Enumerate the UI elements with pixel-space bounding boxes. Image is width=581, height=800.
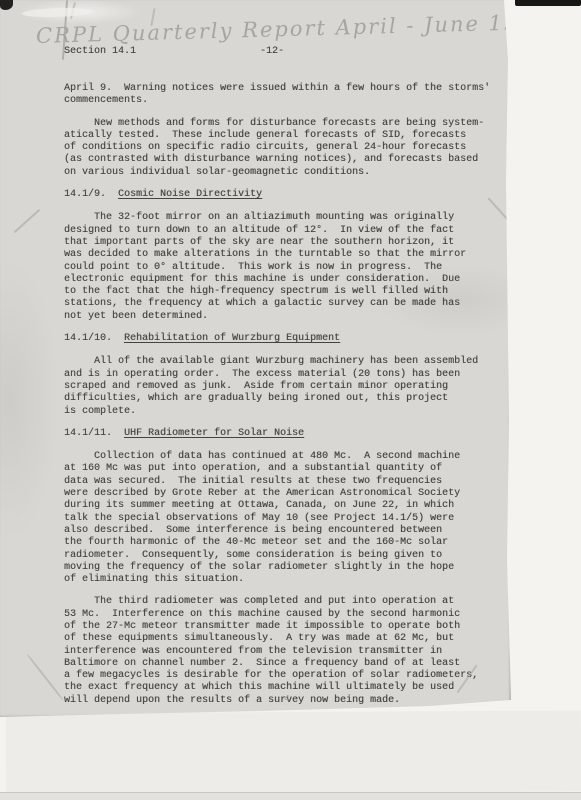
section-number: 14.1/9. <box>64 189 106 200</box>
text-line: atically tested. These include general f… <box>64 130 510 142</box>
text-line: designed to turn down to an altitude of … <box>64 225 510 237</box>
pencil-mark-bottom-left <box>26 654 63 701</box>
section-heading: 14.1/9.Cosmic Noise Directivity <box>64 189 510 201</box>
text-line: data was secured. The initial results at… <box>64 476 510 488</box>
text-line: Collection of data has continued at 480 … <box>64 451 510 463</box>
text-line: on various individual solar-geomagnetic … <box>64 167 510 179</box>
text-line: 53 Mc. Interference on this machine caus… <box>64 609 510 621</box>
text-line: that important parts of the sky are near… <box>64 237 510 249</box>
scanned-page: CRPL Quarterly Report April - June 1949 … <box>0 0 512 718</box>
text-line: Baltimore on channel number 2. Since a f… <box>64 658 510 670</box>
text-line: electronic equipment for this machine is… <box>64 274 510 286</box>
page-number: -12- <box>260 46 284 58</box>
backing-sheet-bottom <box>6 710 581 794</box>
text-line: the exact frequency at which this machin… <box>64 682 510 694</box>
pencil-mark-left-margin <box>14 209 41 233</box>
section-number: 14.1/10. <box>64 333 112 344</box>
text-line: at 160 Mc was put into operation, and a … <box>64 463 510 475</box>
section-title: UHF Radiometer for Solar Noise <box>124 428 304 439</box>
text-line: not yet been determined. <box>64 311 510 323</box>
scan-artifact-smudge <box>22 7 92 18</box>
text-line: (as contrasted with disturbance warning … <box>64 154 510 166</box>
paragraph: Collection of data has continued at 480 … <box>64 451 510 586</box>
backing-sheet-edge <box>0 792 581 800</box>
section-label: Section 14.1 <box>64 46 136 57</box>
text-line: could point to 0° altitude. This work is… <box>64 262 510 274</box>
text-line: of these equipments simultaneously. A tr… <box>64 633 510 645</box>
paragraph: New methods and forms for disturbance fo… <box>64 118 510 179</box>
text-line: a few megacycles is desirable for the op… <box>64 670 510 682</box>
page-header: Section 14.1 -12- <box>64 46 510 58</box>
paragraph: April 9. Warning notices were issued wit… <box>64 83 510 108</box>
text-line: were described by Grote Reber at the Ame… <box>64 488 510 500</box>
text-line: April 9. Warning notices were issued wit… <box>64 83 510 95</box>
paragraph: All of the available giant Wurzburg mach… <box>64 356 510 417</box>
text-line: is complete. <box>64 406 510 418</box>
text-line: during its summer meeting at Ottawa, Can… <box>64 500 510 512</box>
text-line: stations, the frequency at which a galac… <box>64 298 510 310</box>
text-line: the fourth harmonic of the 40-Mc meteor … <box>64 537 510 549</box>
paragraph: The third radiometer was completed and p… <box>64 596 510 707</box>
text-line: The 32-foot mirror on an altiazimuth mou… <box>64 212 510 224</box>
document-body: Section 14.1 -12- April 9. Warning notic… <box>64 46 510 717</box>
paragraph: The 32-foot mirror on an altiazimuth mou… <box>64 212 510 323</box>
section-title: Cosmic Noise Directivity <box>118 189 262 200</box>
text-line: also described. Some interference is bei… <box>64 525 510 537</box>
text-line: of eliminating this situation. <box>64 574 510 586</box>
footer-page-mark: 4 <box>64 694 510 704</box>
text-line: New methods and forms for disturbance fo… <box>64 118 510 130</box>
text-line: difficulties, which are gradually being … <box>64 393 510 405</box>
section-title: Rehabilitation of Wurzburg Equipment <box>124 333 340 344</box>
text-line: The third radiometer was completed and p… <box>64 596 510 608</box>
text-line: moving the frequency of the solar radiom… <box>64 562 510 574</box>
text-line: interference was encountered from the te… <box>64 646 510 658</box>
text-line: commencements. <box>64 95 510 107</box>
text-line: talk the special observations of May 10 … <box>64 513 510 525</box>
section-heading: 14.1/11.UHF Radiometer for Solar Noise <box>64 428 510 440</box>
handwritten-note: CRPL Quarterly Report April - June 1949 <box>36 12 467 48</box>
text-line: and is in operating order. The excess ma… <box>64 369 510 381</box>
text-line: radiometer. Consequently, some considera… <box>64 550 510 562</box>
document-blocks: April 9. Warning notices were issued wit… <box>64 83 510 707</box>
text-line: was decided to make alterations in the t… <box>64 249 510 261</box>
text-line: of conditions on specific radio circuits… <box>64 142 510 154</box>
scan-artifact-top-strip <box>515 0 581 6</box>
text-line: All of the available giant Wurzburg mach… <box>64 356 510 368</box>
text-line: to the fact that the high-frequency spec… <box>64 286 510 298</box>
section-number: 14.1/11. <box>64 428 112 439</box>
section-heading: 14.1/10.Rehabilitation of Wurzburg Equip… <box>64 333 510 345</box>
text-line: of the 27-Mc meteor transmitter made it … <box>64 621 510 633</box>
text-line: scraped and removed as junk. Aside from … <box>64 381 510 393</box>
